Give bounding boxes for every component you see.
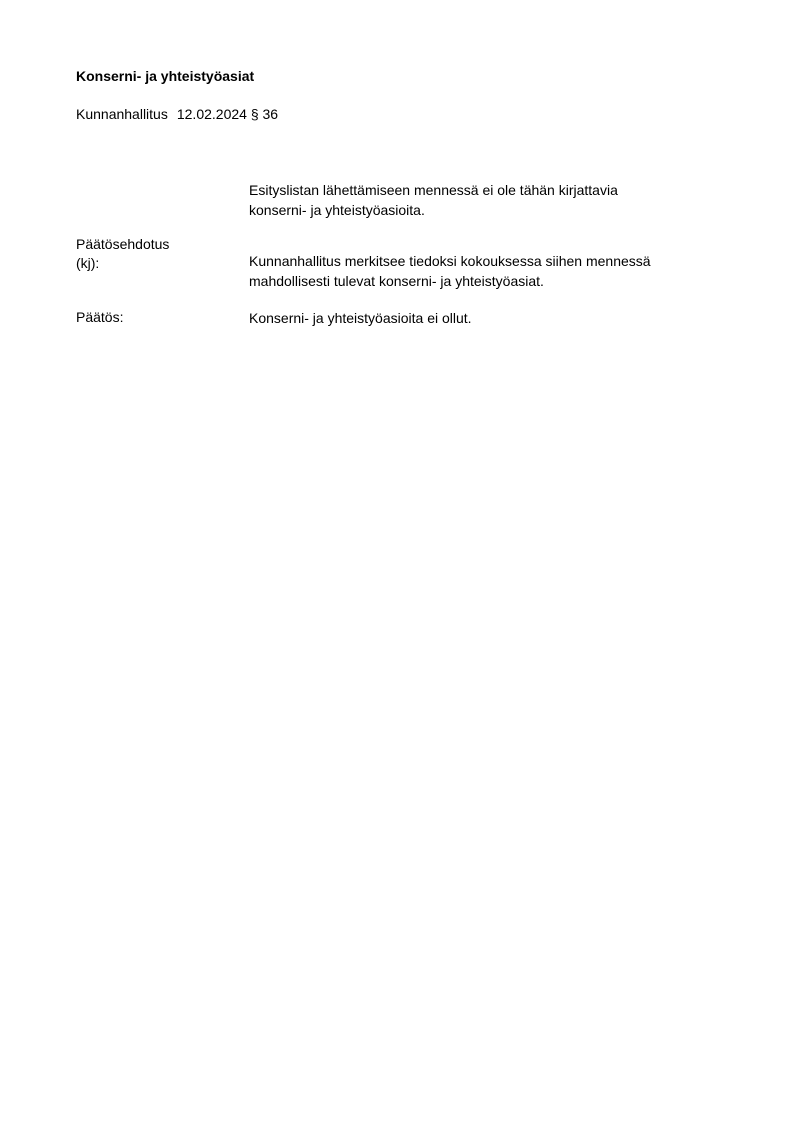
description-text: Esityslistan lähettämiseen mennessä ei o… xyxy=(249,180,719,220)
proposal-line: Kunnanhallitus merkitsee tiedoksi kokouk… xyxy=(249,251,719,271)
section-number: § 36 xyxy=(251,106,278,122)
document-title: Konserni- ja yhteistyöasiat xyxy=(76,68,254,84)
decision-text: Konserni- ja yhteistyöasioita ei ollut. xyxy=(249,308,719,328)
description-line: konserni- ja yhteistyöasioita. xyxy=(249,200,719,220)
proposal-label-line: Päätösehdotus xyxy=(76,235,246,254)
meeting-body: Kunnanhallitus xyxy=(76,106,168,122)
decision-line: Konserni- ja yhteistyöasioita ei ollut. xyxy=(249,308,719,328)
proposal-text: Kunnanhallitus merkitsee tiedoksi kokouk… xyxy=(249,251,719,291)
decision-label: Päätös: xyxy=(76,308,246,327)
description-line: Esityslistan lähettämiseen mennessä ei o… xyxy=(249,180,719,200)
proposal-label: Päätösehdotus (kj): xyxy=(76,235,246,273)
meeting-date: 12.02.2024 xyxy=(177,106,247,122)
proposal-line: mahdollisesti tulevat konserni- ja yhtei… xyxy=(249,271,719,291)
proposal-label-line: (kj): xyxy=(76,254,246,273)
meeting-reference: Kunnanhallitus12.02.2024 § 36 xyxy=(76,106,278,122)
